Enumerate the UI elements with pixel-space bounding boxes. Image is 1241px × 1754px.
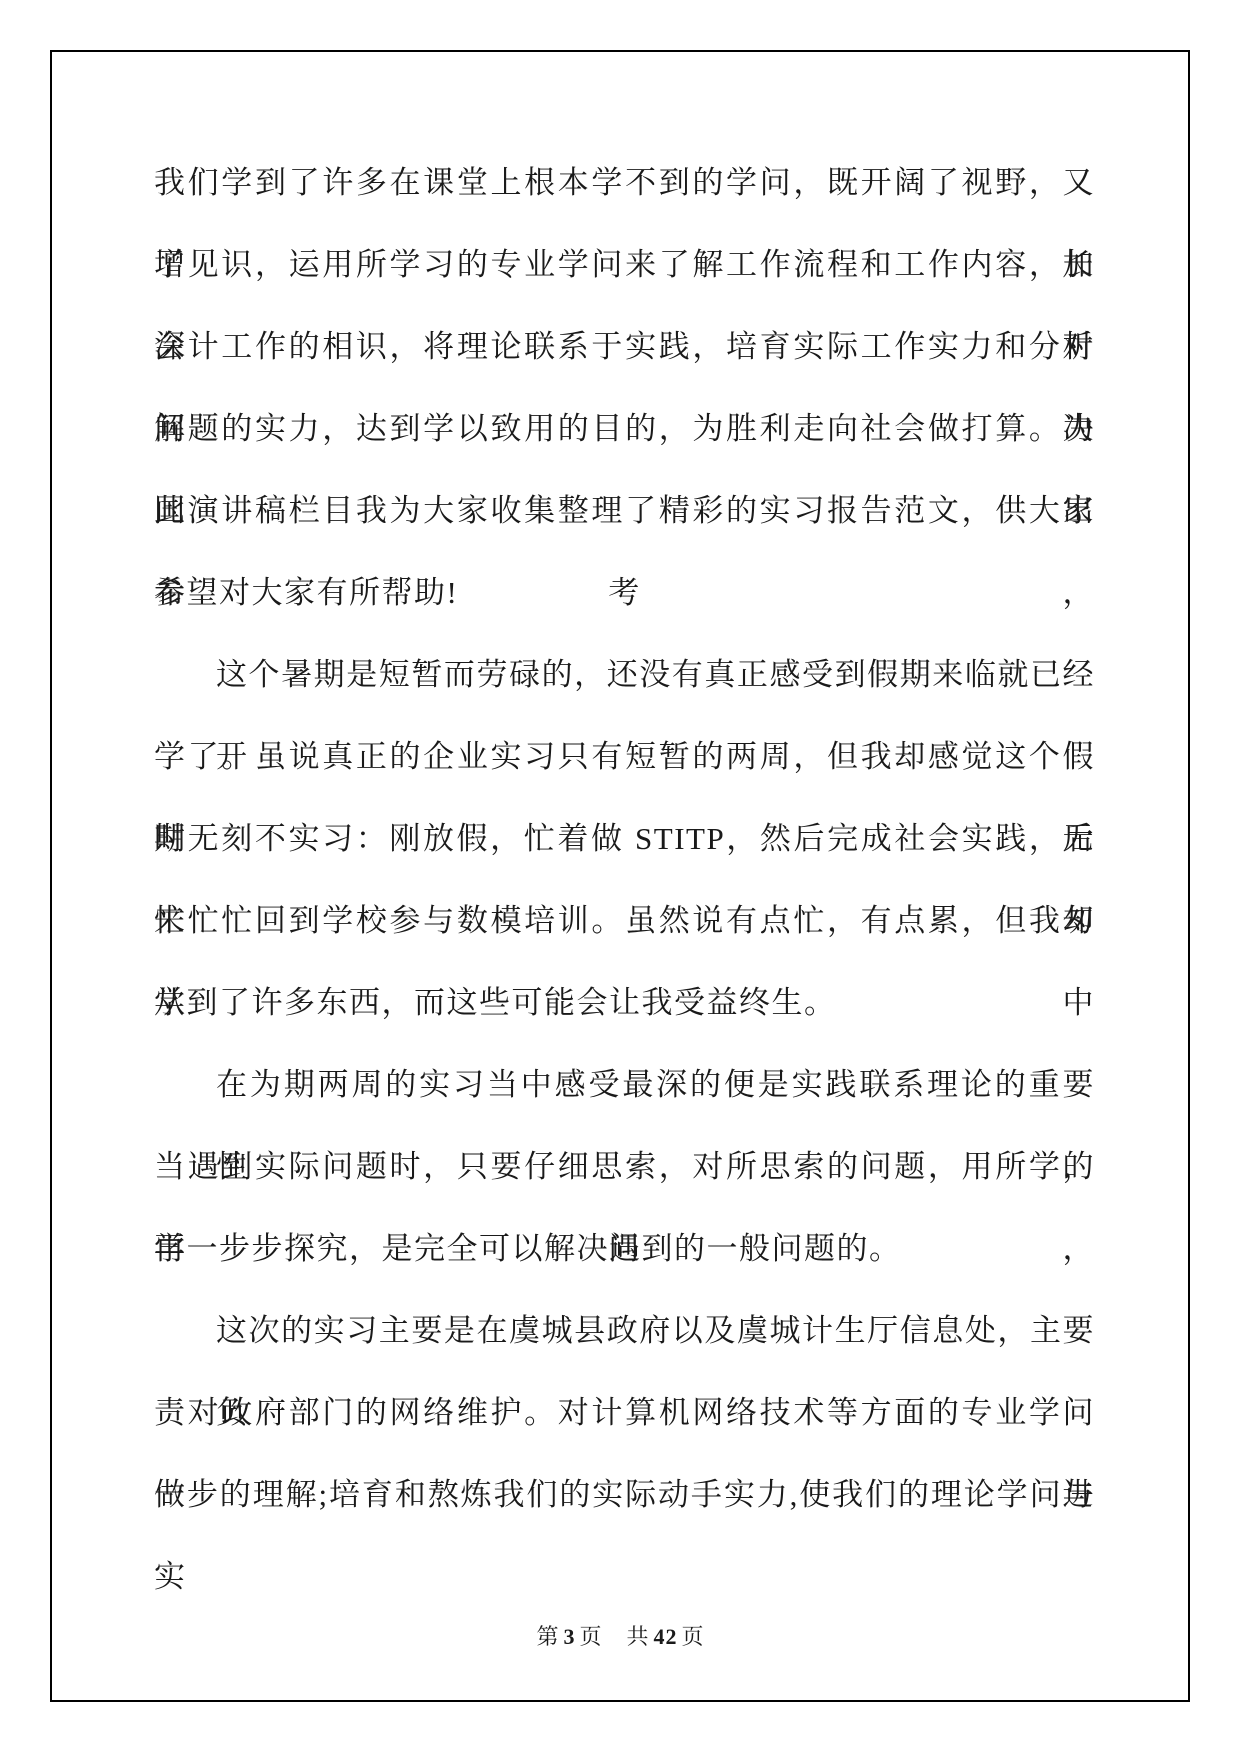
footer-total-label-suffix: 页 [682,1624,705,1649]
footer-page-label-suffix: 页 [579,1624,602,1649]
footer-total-pages: 共42页 [627,1620,705,1651]
text-line: 这次的实习主要是在虞城县政府以及虞城计生厅信息处，主要负 [154,1290,1095,1372]
text-line: 会计工作的相识，将理论联系于实践，培育实际工作实力和分析解决 [154,306,1095,388]
text-line: 我们学到了许多在课堂上根本学不到的学问，既开阔了视野，又增长 [154,142,1095,224]
text-line: 学了。虽说真正的企业实习只有短暂的两周，但我却感觉这个假期无 [154,716,1095,798]
footer-total-number: 42 [654,1624,678,1649]
document-page: 我们学到了许多在课堂上根本学不到的学问，既开阔了视野，又增长了见识，运用所学习的… [0,0,1241,1754]
text-line: 当遇到实际问题时，只要仔细思索，对所思索的问题，用所学的学问， [154,1126,1095,1208]
text-line: 了见识，运用所学习的专业学问来了解工作流程和工作内容，加深对 [154,224,1095,306]
text-line: 时无刻不实习：刚放假，忙着做 STITP，然后完成社会实践，后来匆 [154,798,1095,880]
text-line: 责对政府部门的网络维护。对计算机网络技术等方面的专业学问做进 [154,1372,1095,1454]
text-line: 一步的理解;培育和熬炼我们的实际动手实力,使我们的理论学问与实 [154,1454,1095,1536]
text-line: 问题的实力，达到学以致用的目的，为胜利走向社会做打算。为此出 [154,388,1095,470]
text-line: 这个暑期是短暂而劳碌的，还没有真正感受到假期来临就已经开 [154,634,1095,716]
document-body: 我们学到了许多在课堂上根本学不到的学问，既开阔了视野，又增长了见识，运用所学习的… [154,142,1095,1536]
footer-current-page: 第3页 [536,1620,602,1651]
text-line: 在为期两周的实习当中感受最深的便是实践联系理论的重要性， [154,1044,1095,1126]
footer-page-number: 3 [563,1624,575,1649]
footer-total-label-prefix: 共 [627,1624,650,1649]
text-line: 忙忙忙回到学校参与数模培训。虽然说有点忙，有点累，但我却从中 [154,880,1095,962]
text-line: 国演讲稿栏目我为大家收集整理了精彩的实习报告范文，供大家参考， [154,470,1095,552]
page-footer: 第3页共42页 [0,1620,1241,1651]
footer-page-label-prefix: 第 [536,1624,559,1649]
